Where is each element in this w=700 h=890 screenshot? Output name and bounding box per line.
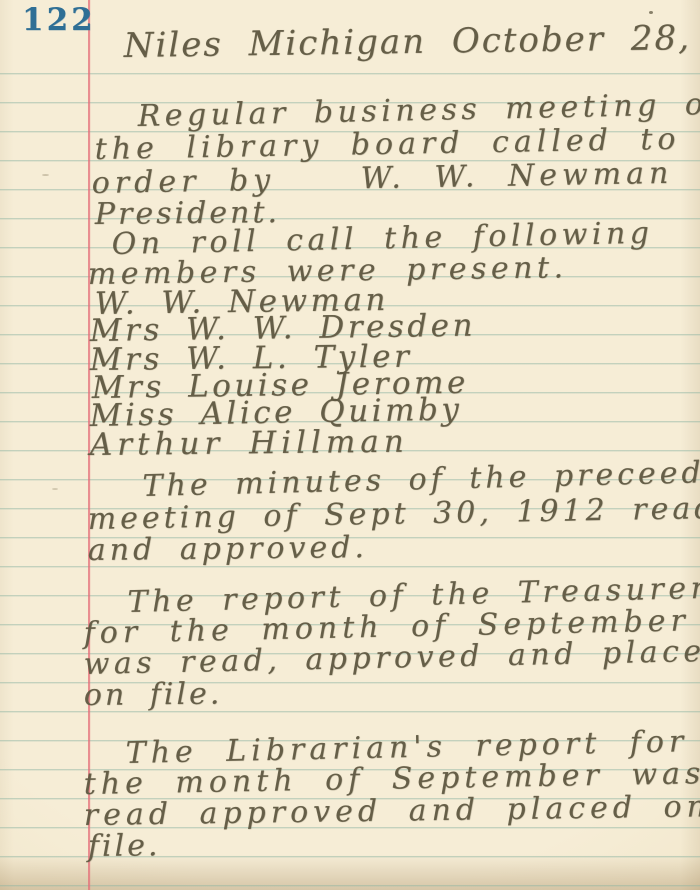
ink-speck — [649, 11, 653, 14]
date-heading: Niles Michigan October 28, 1912 — [123, 16, 700, 66]
ledger-page: 122 Niles Michigan October 28, 1912 Regu… — [0, 0, 700, 890]
handwritten-line: and approved. — [88, 530, 368, 568]
handwritten-line: read approved and placed on — [84, 789, 700, 833]
handwritten-line: file. — [88, 828, 161, 864]
handwritten-line: on file. — [84, 677, 223, 713]
attendee-name: Arthur Hillman — [90, 424, 409, 463]
page-number: 122 — [22, 2, 96, 38]
paper-smudge — [42, 174, 49, 176]
paper-smudge — [52, 488, 58, 490]
